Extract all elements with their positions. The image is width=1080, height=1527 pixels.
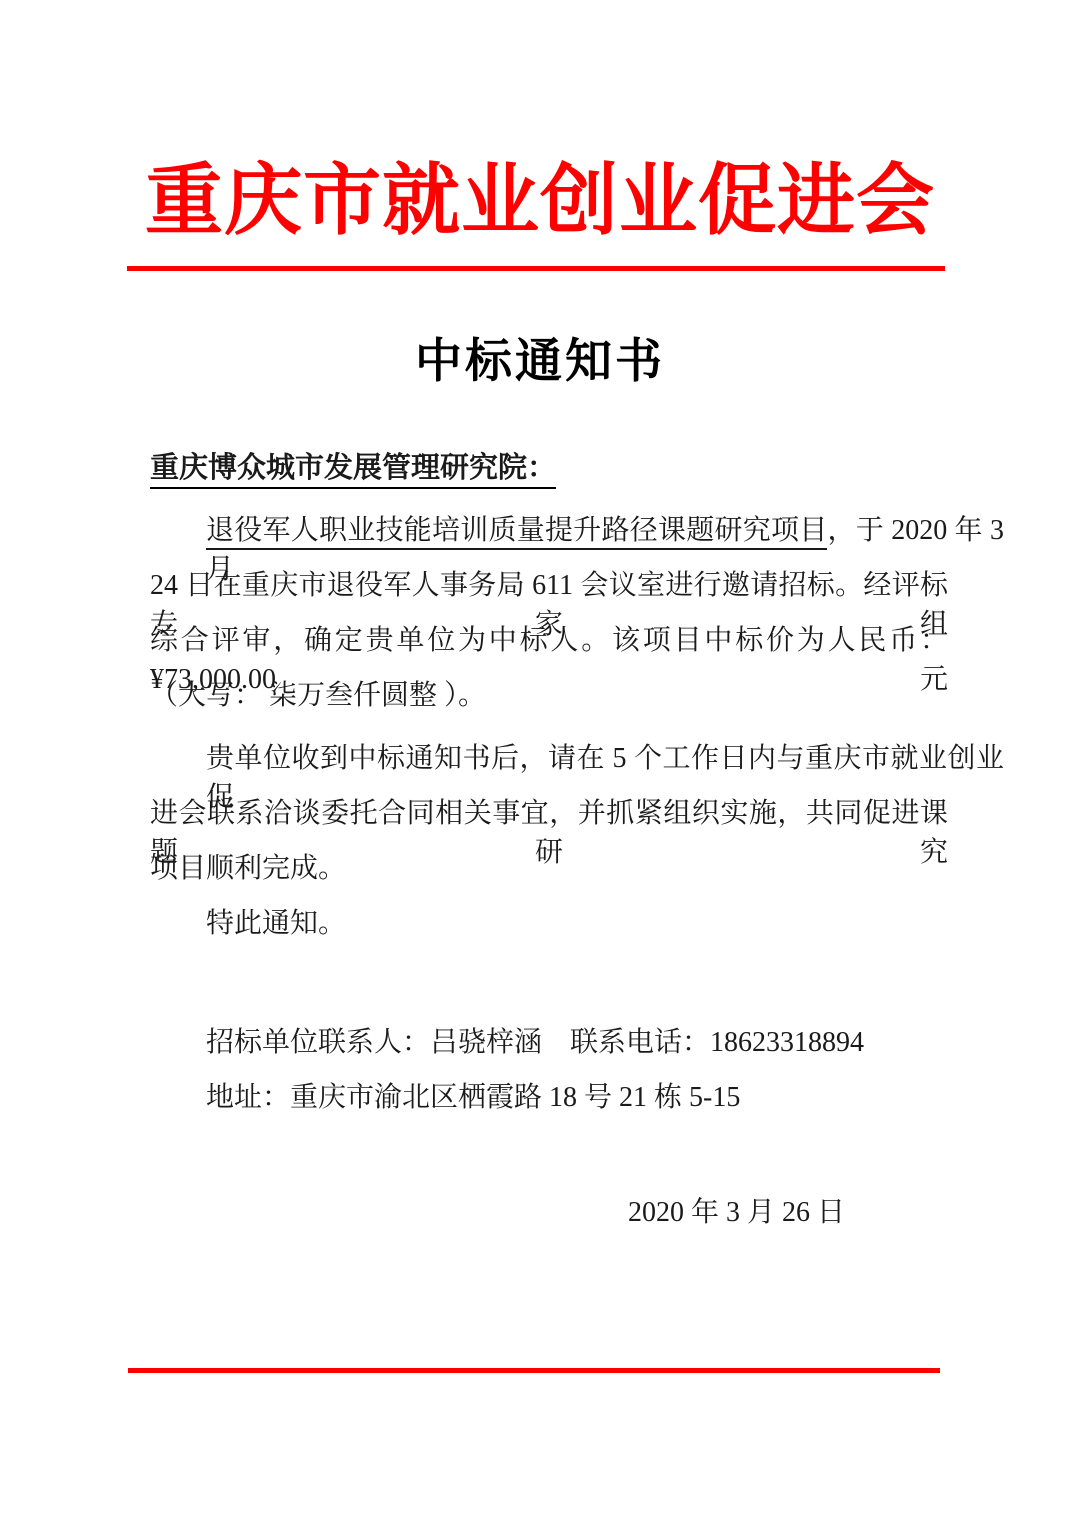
document-title: 中标通知书 [0,324,1080,391]
addressee-line: 重庆博众城市发展管理研究院： [150,448,948,489]
contact-person-line: 招标单位联系人：吕骁梓涵 联系电话：18623318894 [150,1023,1004,1062]
letterhead-rule [127,266,945,271]
addressee-name: 重庆博众城市发展管理研究院： [150,452,556,489]
date-line: 2020 年 3 月 26 日 [628,1190,845,1230]
letter-page: 重庆市就业创业促进会 中标通知书 重庆博众城市发展管理研究院： 退役军人职业技能… [0,0,1080,1527]
closing-line: 特此通知。 [150,904,1004,943]
letterhead-org-name: 重庆市就业创业促进会 [0,156,1080,246]
project-name-underlined: 退役军人职业技能培训质量提升路径课题研究项目 [206,515,827,550]
paragraph1-line4: （大写： 柒万叁仟圆整 ）。 [150,676,948,715]
paragraph2-line3: 项目顺利完成。 [150,849,948,888]
address-line: 地址：重庆市渝北区栖霞路 18 号 21 栋 5-15 [150,1078,1004,1117]
footer-rule [128,1368,940,1373]
